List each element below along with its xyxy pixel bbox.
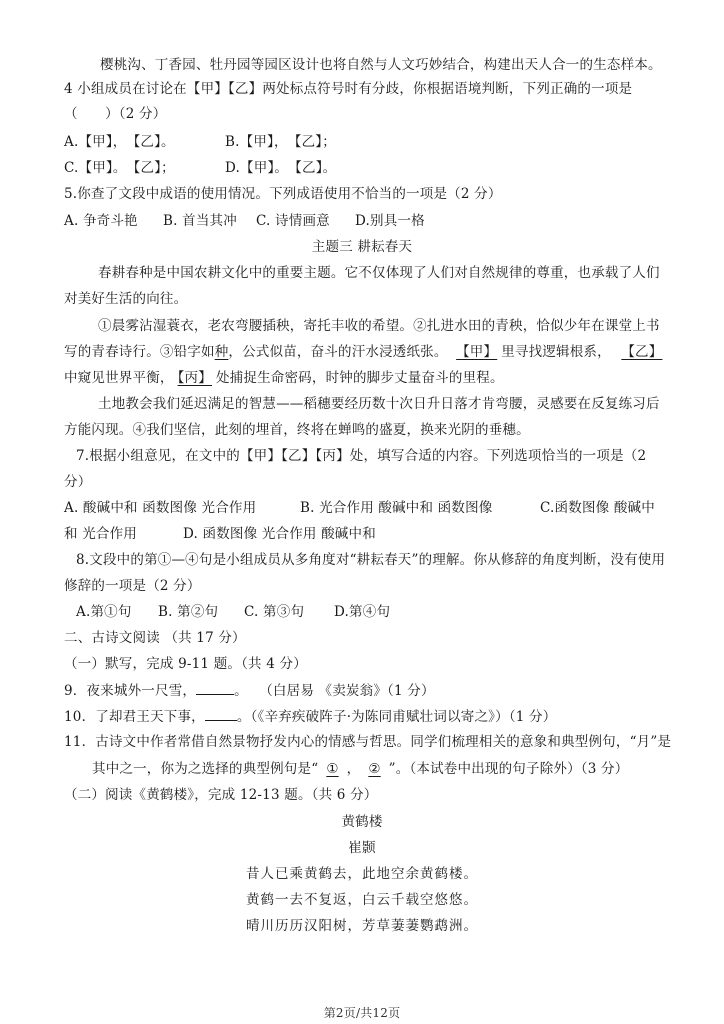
q8-option-a-label: A.	[76, 604, 90, 620]
q9-source: 。 （白居易 《卖炭翁》（1 分）	[234, 683, 435, 699]
q11-line2: 其中之一，你为之选择的典型例句是“①，②”。（本试卷中出现的句子除外）（3 分）	[92, 760, 628, 778]
q4-option-b: B.【甲】， 【乙】；	[225, 133, 336, 151]
theme3-para2-line1: ①晨雾沾湿蓑衣，老农弯腰插秧，寄托丰收的希望。②扎进水田的青秧，恰似少年在课堂上…	[98, 317, 660, 335]
q5-option-b: B. 首当其冲	[163, 212, 237, 230]
q7-option-c-line1: C.函数图像 酸碱中	[540, 499, 655, 517]
poem-line-3: 晴川历历汉阳树，芳草萋萋鹦鹉洲。	[0, 917, 724, 935]
section2-part2-title: （二）阅读《黄鹤楼》，完成 12-13 题。（共 6 分）	[64, 786, 377, 804]
q5-option-a: A. 争奇斗艳	[64, 212, 138, 230]
q11-note: ”。（本试卷中出现的句子除外）（3 分）	[389, 761, 629, 777]
q8-option-c: C. 第③句	[244, 603, 304, 621]
q7-option-a: A. 酸碱中和 函数图像 光合作用	[64, 499, 256, 517]
blank-yi: 【乙】	[615, 344, 668, 360]
q8-option-a: A.第①句	[76, 603, 132, 621]
text-segment: 里寻找逻辑根系，	[501, 344, 611, 360]
q4-option-c-text: 【甲】。 【乙】；	[79, 160, 175, 176]
blank-bing: 【丙】	[174, 370, 216, 386]
poem-title: 黄鹤楼	[0, 813, 724, 831]
q7-option-c-line2: 和 光合作用	[64, 525, 137, 543]
theme3-title: 主题三 耕耘春天	[0, 238, 724, 256]
q8-option-a-text: 第①句	[90, 604, 131, 620]
q4-option-b-label: B.	[225, 134, 240, 150]
q9-answer-blank[interactable]	[196, 681, 234, 695]
q9-text: 9．夜来城外一尺雪，	[64, 683, 196, 699]
q11-blank-1[interactable]: ①	[318, 761, 346, 777]
q8-option-b-label: B.	[158, 604, 173, 620]
poem-line-1: 昔人已乘黄鹤去，此地空余黄鹤楼。	[0, 865, 724, 883]
q11-text: 其中之一，你为之选择的典型例句是“	[92, 761, 318, 777]
q4-option-b-text: 【甲】， 【乙】；	[240, 134, 336, 150]
q10: 10．了却君王天下事，。（《辛弃疾破阵子·为陈同甫赋壮词以寄之》）（1 分）	[64, 707, 556, 726]
q8-option-c-label: C.	[244, 604, 259, 620]
q5-option-b-text: 首当其冲	[182, 213, 237, 229]
q4-option-c: C.【甲】。 【乙】；	[64, 159, 175, 177]
q4-option-a: A.【甲】， 【乙】。	[64, 133, 175, 151]
page-indicator: 第2页/共12页	[0, 1004, 724, 1022]
q7-stem-line2: 分）	[64, 473, 91, 491]
q5-option-d-text: 别具一格	[370, 213, 425, 229]
q5-option-c: C. 诗情画意	[256, 212, 330, 230]
q10-text: 10．了却君王天下事，	[64, 709, 205, 725]
q8-option-b-text: 第②句	[177, 604, 218, 620]
q4-option-d-label: D.	[225, 160, 240, 176]
q4-option-c-label: C.	[64, 160, 79, 176]
text-segment: ，公式似苗，奋斗的汗水浸透纸张。	[228, 344, 447, 360]
q5-option-c-text: 诗情画意	[275, 213, 330, 229]
q10-source: 。（《辛弃疾破阵子·为陈同甫赋壮词以寄之》）（1 分）	[237, 709, 557, 725]
theme3-para2-line3: 中窥见世界平衡，【丙】处捕捉生命密码，时钟的脚步丈量奋斗的里程。	[64, 369, 504, 387]
q5-option-c-label: C.	[256, 213, 271, 229]
q7-option-d: D. 函数图像 光合作用 酸碱中和	[183, 525, 376, 543]
theme3-para3-line2: 方能闪现。④我们坚信，此刻的埋首，终将在蝉鸣的盛夏，换来光阴的垂穗。	[64, 421, 530, 439]
q11-line1: 11．古诗文中作者常借自然景物抒发内心的情感与哲思。同学们梳理相关的意象和典型例…	[64, 733, 671, 751]
q5-option-d-label: D.	[355, 213, 370, 229]
q4-stem-line2: （ ）（2 分）	[64, 105, 166, 123]
q8-option-d: D.第④句	[334, 603, 390, 621]
q8-option-b: B. 第②句	[158, 603, 218, 621]
theme3-para1-line2: 对美好生活的向往。	[64, 290, 187, 308]
blank-jia: 【甲】	[452, 344, 501, 360]
theme3-para3-line1: 土地教会我们延迟满足的智慧——稻穗要经历数十次日升日落才肯弯腰，灵感要在反复练习…	[98, 395, 660, 413]
q8-option-d-text: 第④句	[349, 604, 390, 620]
theme3-para1-line1: 春耕春种是中国农耕文化中的重要主题。它不仅体现了人们对自然规律的尊重，也承载了人…	[98, 264, 660, 282]
q4-option-d-text: 【甲】。 【乙】。	[240, 160, 336, 176]
q8-option-d-label: D.	[334, 604, 349, 620]
q10-answer-blank[interactable]	[205, 707, 237, 721]
q5-option-a-text: 争奇斗艳	[83, 213, 138, 229]
text-segment: 处捕捉生命密码，时钟的脚步丈量奋斗的里程。	[216, 370, 504, 386]
q4-option-a-label: A.	[64, 134, 78, 150]
q5-stem: 5.你查了文段中成语的使用情况。下列成语使用不恰当的一项是（2 分）	[64, 185, 502, 203]
underlined-char: 种	[215, 344, 229, 360]
passage-intro-line: 樱桃沟、丁香园、牡丹园等园区设计也将自然与人文巧妙结合，构建出天人合一的生态样本…	[100, 56, 662, 74]
q8-stem-line1: 8.文段中的第①—④句是小组成员从多角度对“耕耘春天”的理解。你从修辞的角度判断…	[76, 551, 665, 569]
q8-option-c-text: 第③句	[263, 604, 304, 620]
q11-separator: ，	[347, 761, 361, 777]
text-segment: 写的青春诗行。③铅字如	[64, 344, 215, 360]
q7-stem-line1: 7.根据小组意见，在文中的【甲】【乙】【丙】处，填写合适的内容。下列选项恰当的一…	[76, 447, 646, 465]
q5-option-b-label: B.	[163, 213, 178, 229]
text-segment: 中窥见世界平衡，	[64, 370, 174, 386]
q11-blank-2[interactable]: ②	[360, 761, 388, 777]
q5-option-a-label: A.	[64, 213, 78, 229]
q4-option-d: D.【甲】。 【乙】。	[225, 159, 336, 177]
section2-title: 二、古诗文阅读 （共 17 分）	[64, 629, 246, 647]
q5-option-d: D.别具一格	[355, 212, 425, 230]
q4-option-a-text: 【甲】， 【乙】。	[78, 134, 174, 150]
theme3-para2-line2: 写的青春诗行。③铅字如种，公式似苗，奋斗的汗水浸透纸张。 【甲】里寻找逻辑根系，…	[64, 343, 668, 361]
q9: 9．夜来城外一尺雪，。 （白居易 《卖炭翁》（1 分）	[64, 681, 435, 700]
q8-stem-line2: 修辞的一项是（2 分）	[64, 577, 201, 595]
poem-line-2: 黄鹤一去不复返，白云千载空悠悠。	[0, 891, 724, 909]
poem-author: 崔颢	[0, 839, 724, 857]
q4-stem-line1: 4 小组成员在讨论在【甲】【乙】两处标点符号时有分歧，你根据语境判断，下列正确的…	[64, 80, 632, 98]
q7-option-b: B. 光合作用 酸碱中和 函数图像	[300, 499, 493, 517]
section2-part1-title: （一）默写，完成 9-11 题。（共 4 分）	[64, 655, 307, 673]
